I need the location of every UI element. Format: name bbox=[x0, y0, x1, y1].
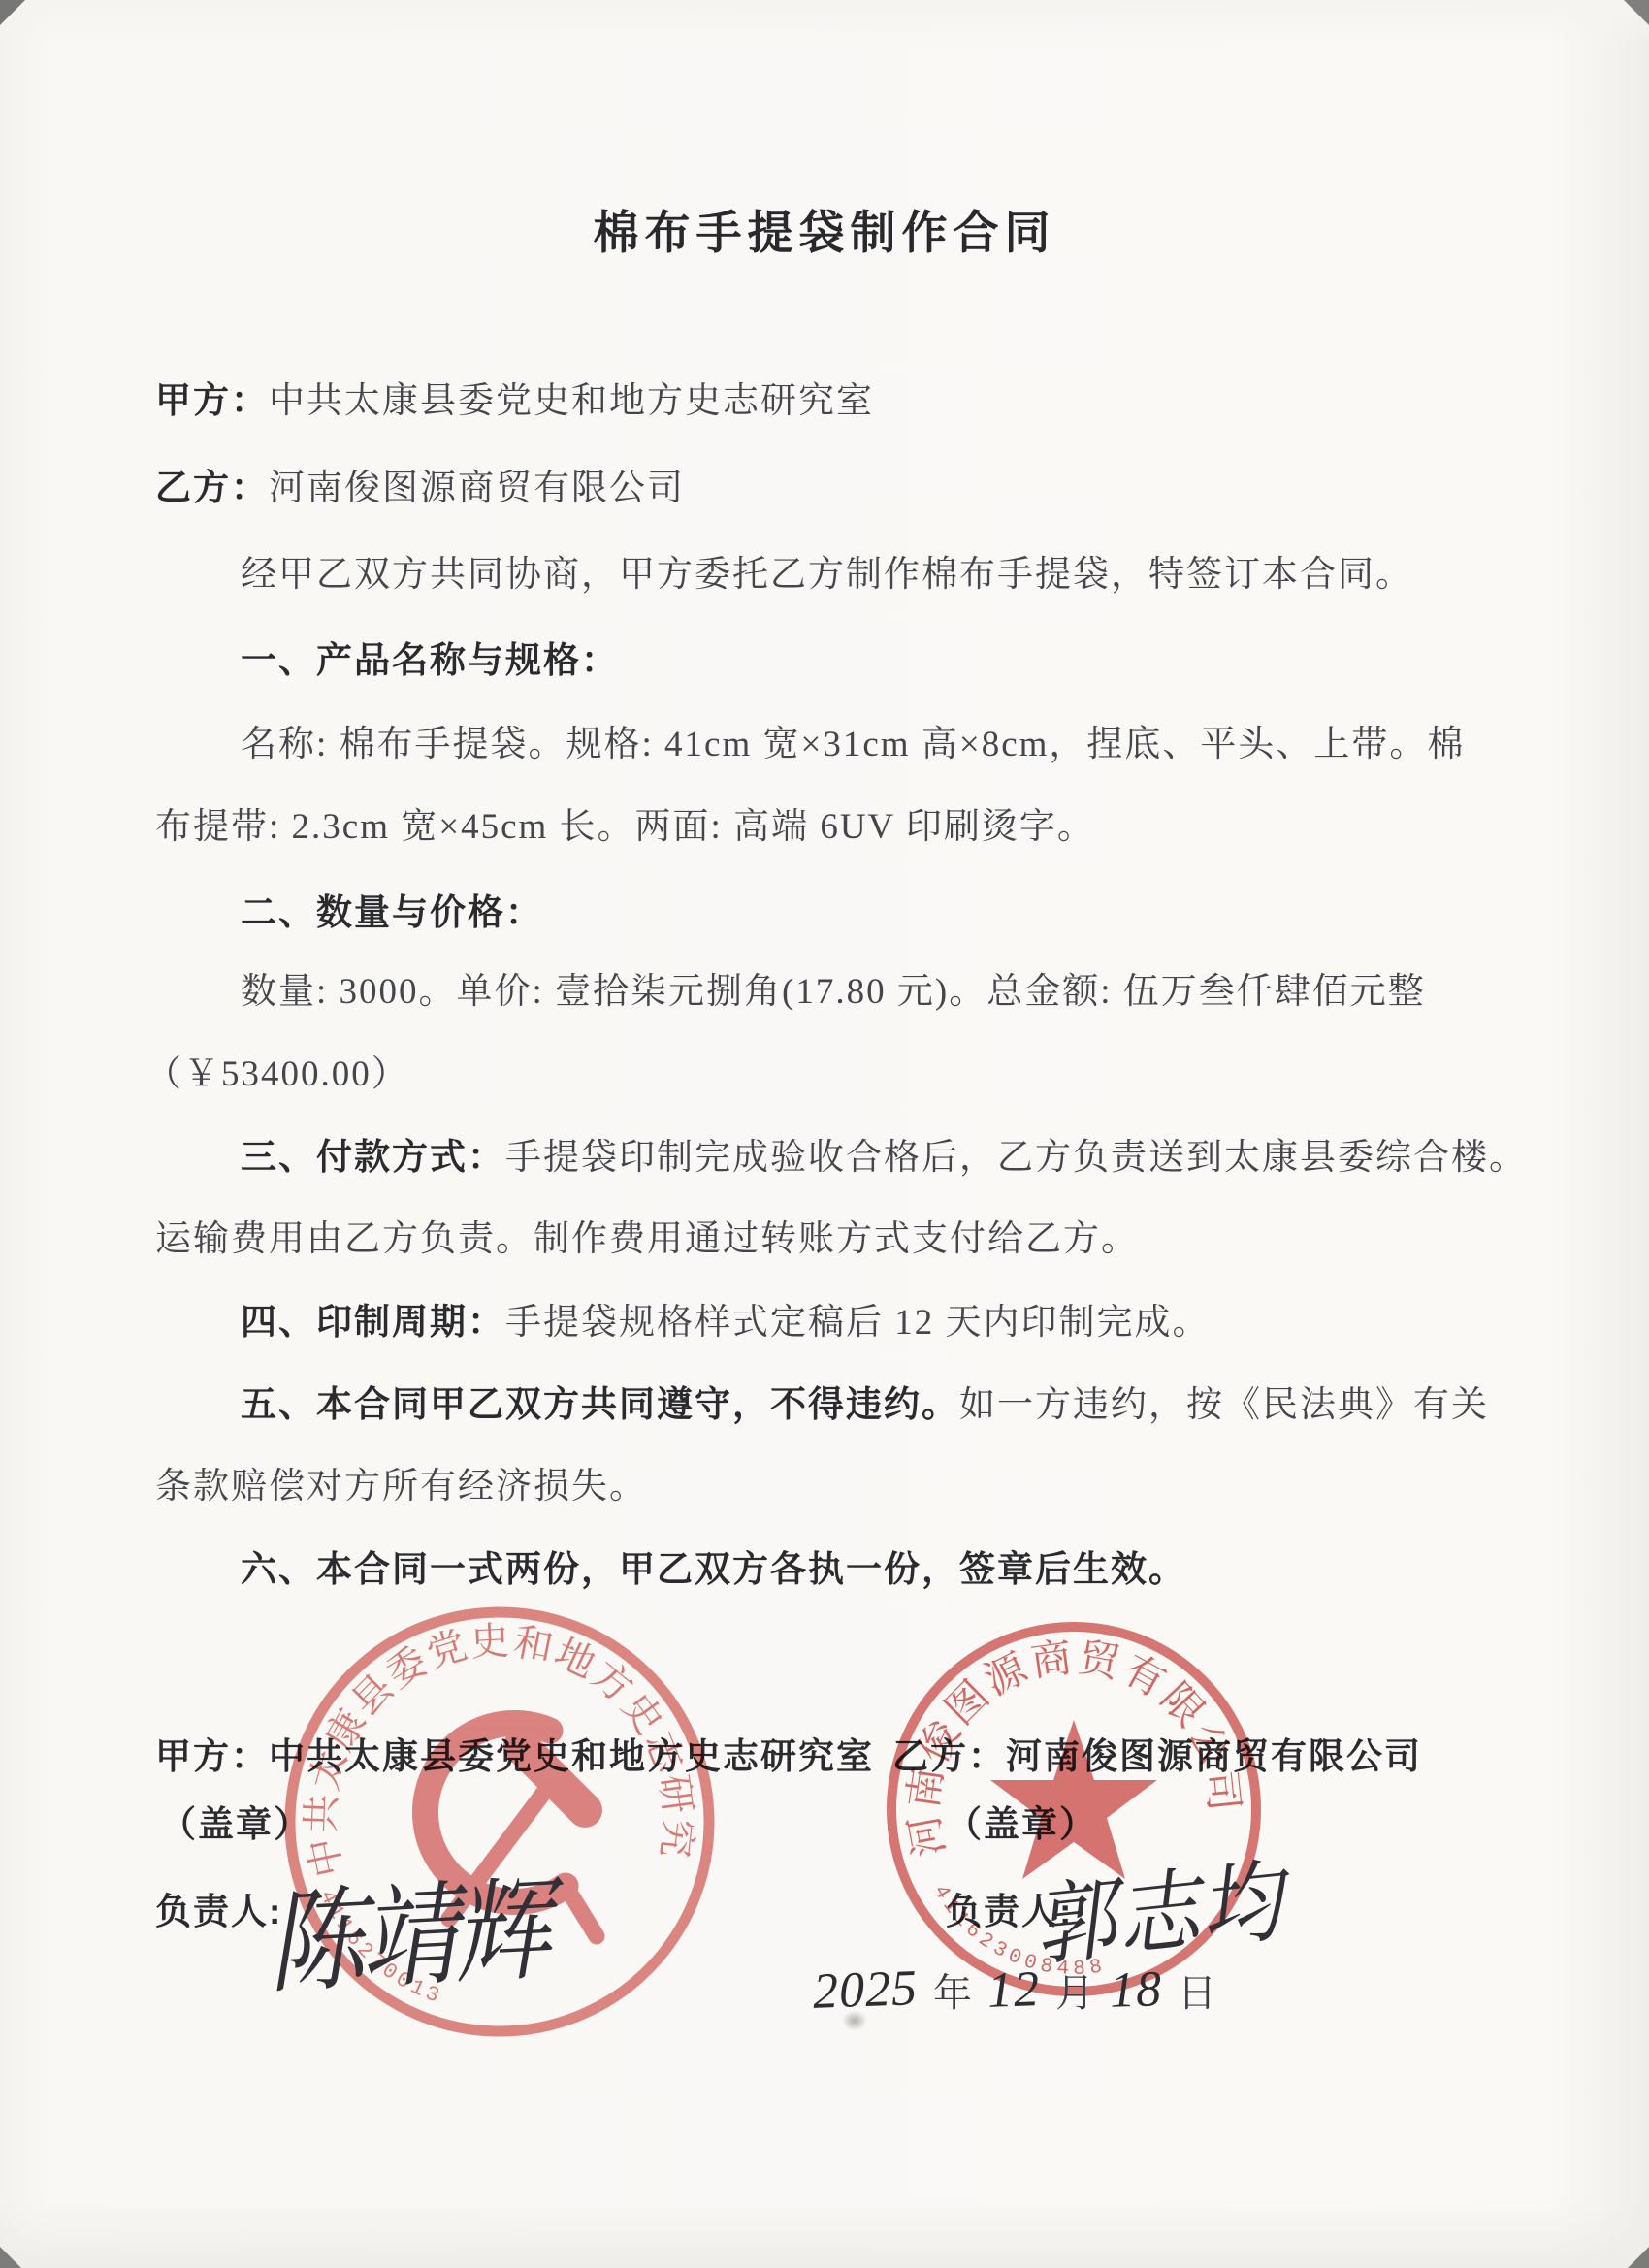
section4-body: 手提袋规格样式定稿后 12 天内印制完成。 bbox=[505, 1303, 1211, 1343]
responsible-label-a: 负责人: bbox=[155, 1890, 282, 1934]
section1-heading: 一、产品名称与规格： bbox=[241, 638, 619, 683]
scan-corner-mark bbox=[0, 2247, 21, 2268]
section4-line: 四、印制周期：手提袋规格样式定稿后 12 天内印制完成。 bbox=[241, 1300, 1211, 1345]
scan-corner-mark bbox=[0, 0, 25, 25]
party-b-line: 乙方：河南俊图源商贸有限公司 bbox=[155, 466, 685, 511]
section4-heading: 四、印制周期： bbox=[241, 1302, 505, 1342]
contract-date: 2025 年 12 月 18 日 bbox=[813, 1961, 1216, 2019]
section5-body1: 如一方违约，按《民法典》有关 bbox=[959, 1385, 1489, 1425]
date-year-unit: 年 bbox=[933, 1962, 972, 2018]
section2-line2: （￥53400.00） bbox=[145, 1053, 409, 1097]
section3-heading: 三、付款方式： bbox=[241, 1137, 505, 1177]
scan-corner-mark bbox=[1628, 2247, 1649, 2268]
party-a-line: 甲方：中共太康县委党史和地方史志研究室 bbox=[155, 378, 874, 424]
section3-line2: 运输费用由乙方负责。制作费用通过转账方式支付给乙方。 bbox=[155, 1217, 1139, 1262]
section3-line1: 三、付款方式：手提袋印制完成验收合格后，乙方负责送到太康县委综合楼。 bbox=[241, 1135, 1527, 1181]
date-day-unit: 日 bbox=[1178, 1962, 1216, 2018]
section5-heading: 五、本合同甲乙双方共同遵守，不得违约。 bbox=[241, 1384, 959, 1424]
sig-party-a-label: 甲方： bbox=[155, 1736, 269, 1776]
date-day-value: 18 bbox=[1109, 1960, 1163, 2020]
section3-body1: 手提袋印制完成验收合格后，乙方负责送到太康县委综合楼。 bbox=[505, 1138, 1527, 1178]
section5-line2: 条款赔偿对方所有经济损失。 bbox=[155, 1465, 647, 1509]
section2-heading: 二、数量与价格： bbox=[241, 891, 543, 935]
section6-line: 六、本合同一式两份，甲乙双方各执一份，签章后生效。 bbox=[241, 1547, 1186, 1592]
section2-line1: 数量: 3000。单价: 壹拾柒元捌角(17.80 元)。总金额: 伍万叁仟肆佰… bbox=[241, 970, 1426, 1015]
section1-line2: 布提带: 2.3cm 宽×45cm 长。两面: 高端 6UV 印刷烫字。 bbox=[155, 805, 1095, 850]
party-b-label: 乙方： bbox=[155, 468, 269, 507]
party-a-name: 中共太康县委党史和地方史志研究室 bbox=[269, 381, 874, 421]
contract-title: 棉布手提袋制作合同 bbox=[0, 197, 1649, 262]
section1-line1: 名称: 棉布手提袋。规格: 41cm 宽×31cm 高×8cm，捏底、平头、上带… bbox=[241, 723, 1465, 767]
party-b-name: 河南俊图源商贸有限公司 bbox=[269, 469, 685, 508]
date-month-value: 12 bbox=[986, 1960, 1041, 2020]
preamble: 经甲乙双方共同协商，甲方委托乙方制作棉布手提袋，特签订本合同。 bbox=[241, 553, 1413, 598]
scan-corner-mark bbox=[1624, 0, 1649, 25]
section5-line1: 五、本合同甲乙双方共同遵守，不得违约。如一方违约，按《民法典》有关 bbox=[241, 1382, 1489, 1428]
party-a-label: 甲方： bbox=[155, 380, 269, 420]
date-year-value: 2025 bbox=[812, 1960, 919, 2021]
date-month-unit: 月 bbox=[1055, 1962, 1094, 2018]
handwritten-signature-party-a: 陈靖辉 bbox=[263, 1840, 550, 2015]
scanned-contract-page: 棉布手提袋制作合同 甲方：中共太康县委党史和地方史志研究室 乙方：河南俊图源商贸… bbox=[0, 0, 1649, 2268]
